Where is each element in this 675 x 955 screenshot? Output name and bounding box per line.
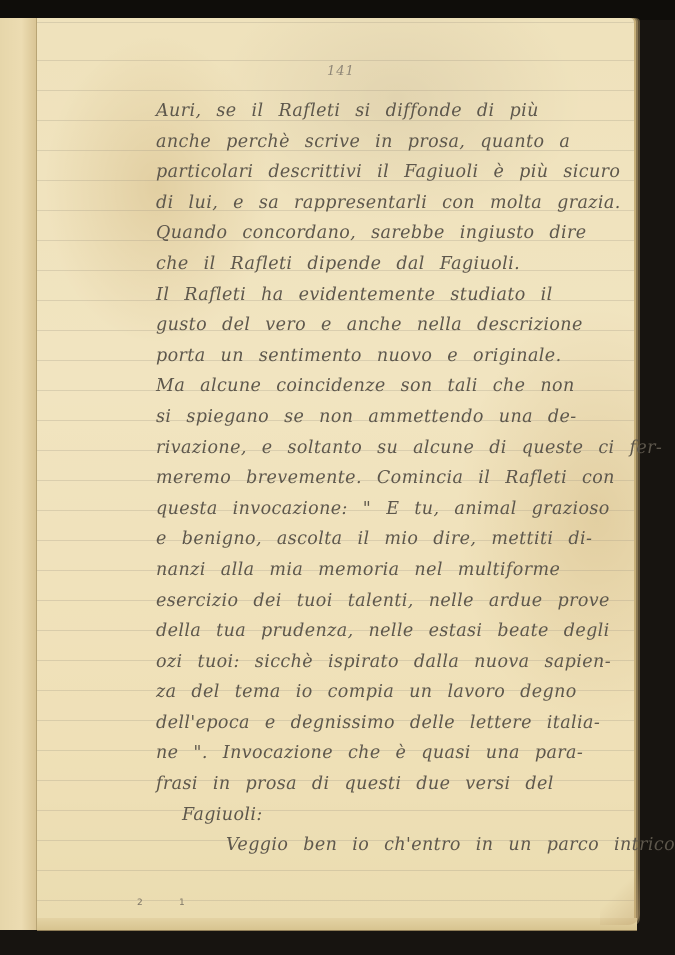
speaker-label: Fagiuoli: xyxy=(156,800,646,831)
text-line: che il Rafleti dipende dal Fagiuoli. xyxy=(156,249,646,280)
text-line: e benigno, ascolta il mio dire, mettiti … xyxy=(156,524,646,555)
text-line: dell'epoca e degnissimo delle lettere it… xyxy=(156,708,646,739)
text-line: Il Rafleti ha evidentemente studiato il xyxy=(156,280,646,311)
text-line: Auri, se il Rafleti si diffonde di più xyxy=(156,96,646,127)
text-line: particolari descrittivi il Fagiuoli è pi… xyxy=(156,157,646,188)
text-line: rivazione, e soltanto su alcune di quest… xyxy=(156,433,646,464)
text-line: Quando concordano, sarebbe ingiusto dire xyxy=(156,218,646,249)
text-line: ozi tuoi: sicchè ispirato dalla nuova sa… xyxy=(156,647,646,678)
text-line: questa invocazione: " E tu, animal grazi… xyxy=(156,494,646,525)
handwritten-text: Auri, se il Rafleti si diffonde di più a… xyxy=(156,96,646,861)
verse-line: Veggio ben io ch'entro in un parco intri… xyxy=(156,830,646,861)
text-line: meremo brevemente. Comincia il Rafleti c… xyxy=(156,463,646,494)
left-page-edge xyxy=(0,18,37,930)
text-line: si spiegano se non ammettendo una de- xyxy=(156,402,646,433)
text-line: nanzi alla mia memoria nel multiforme xyxy=(156,555,646,586)
footer-mark: 1 xyxy=(179,898,185,908)
page-bottom-edge xyxy=(37,918,637,931)
text-line: esercizio dei tuoi talenti, nelle ardue … xyxy=(156,586,646,617)
text-line: ne ". Invocazione che è quasi una para- xyxy=(156,738,646,769)
scan-background-top xyxy=(0,0,675,20)
text-line: anche perchè scrive in prosa, quanto a xyxy=(156,127,646,158)
text-line: di lui, e sa rappresentarli con molta gr… xyxy=(156,188,646,219)
text-line: porta un sentimento nuovo e originale. xyxy=(156,341,646,372)
text-line: Ma alcune coincidenze son tali che non xyxy=(156,371,646,402)
text-line: za del tema io compia un lavoro degno xyxy=(156,677,646,708)
footer-mark: 2 xyxy=(137,898,143,908)
worn-corner xyxy=(600,870,640,925)
text-line: frasi in prosa di questi due versi del xyxy=(156,769,646,800)
text-line: gusto del vero e anche nella descrizione xyxy=(156,310,646,341)
page-number: 141 xyxy=(327,64,355,79)
text-line: della tua prudenza, nelle estasi beate d… xyxy=(156,616,646,647)
